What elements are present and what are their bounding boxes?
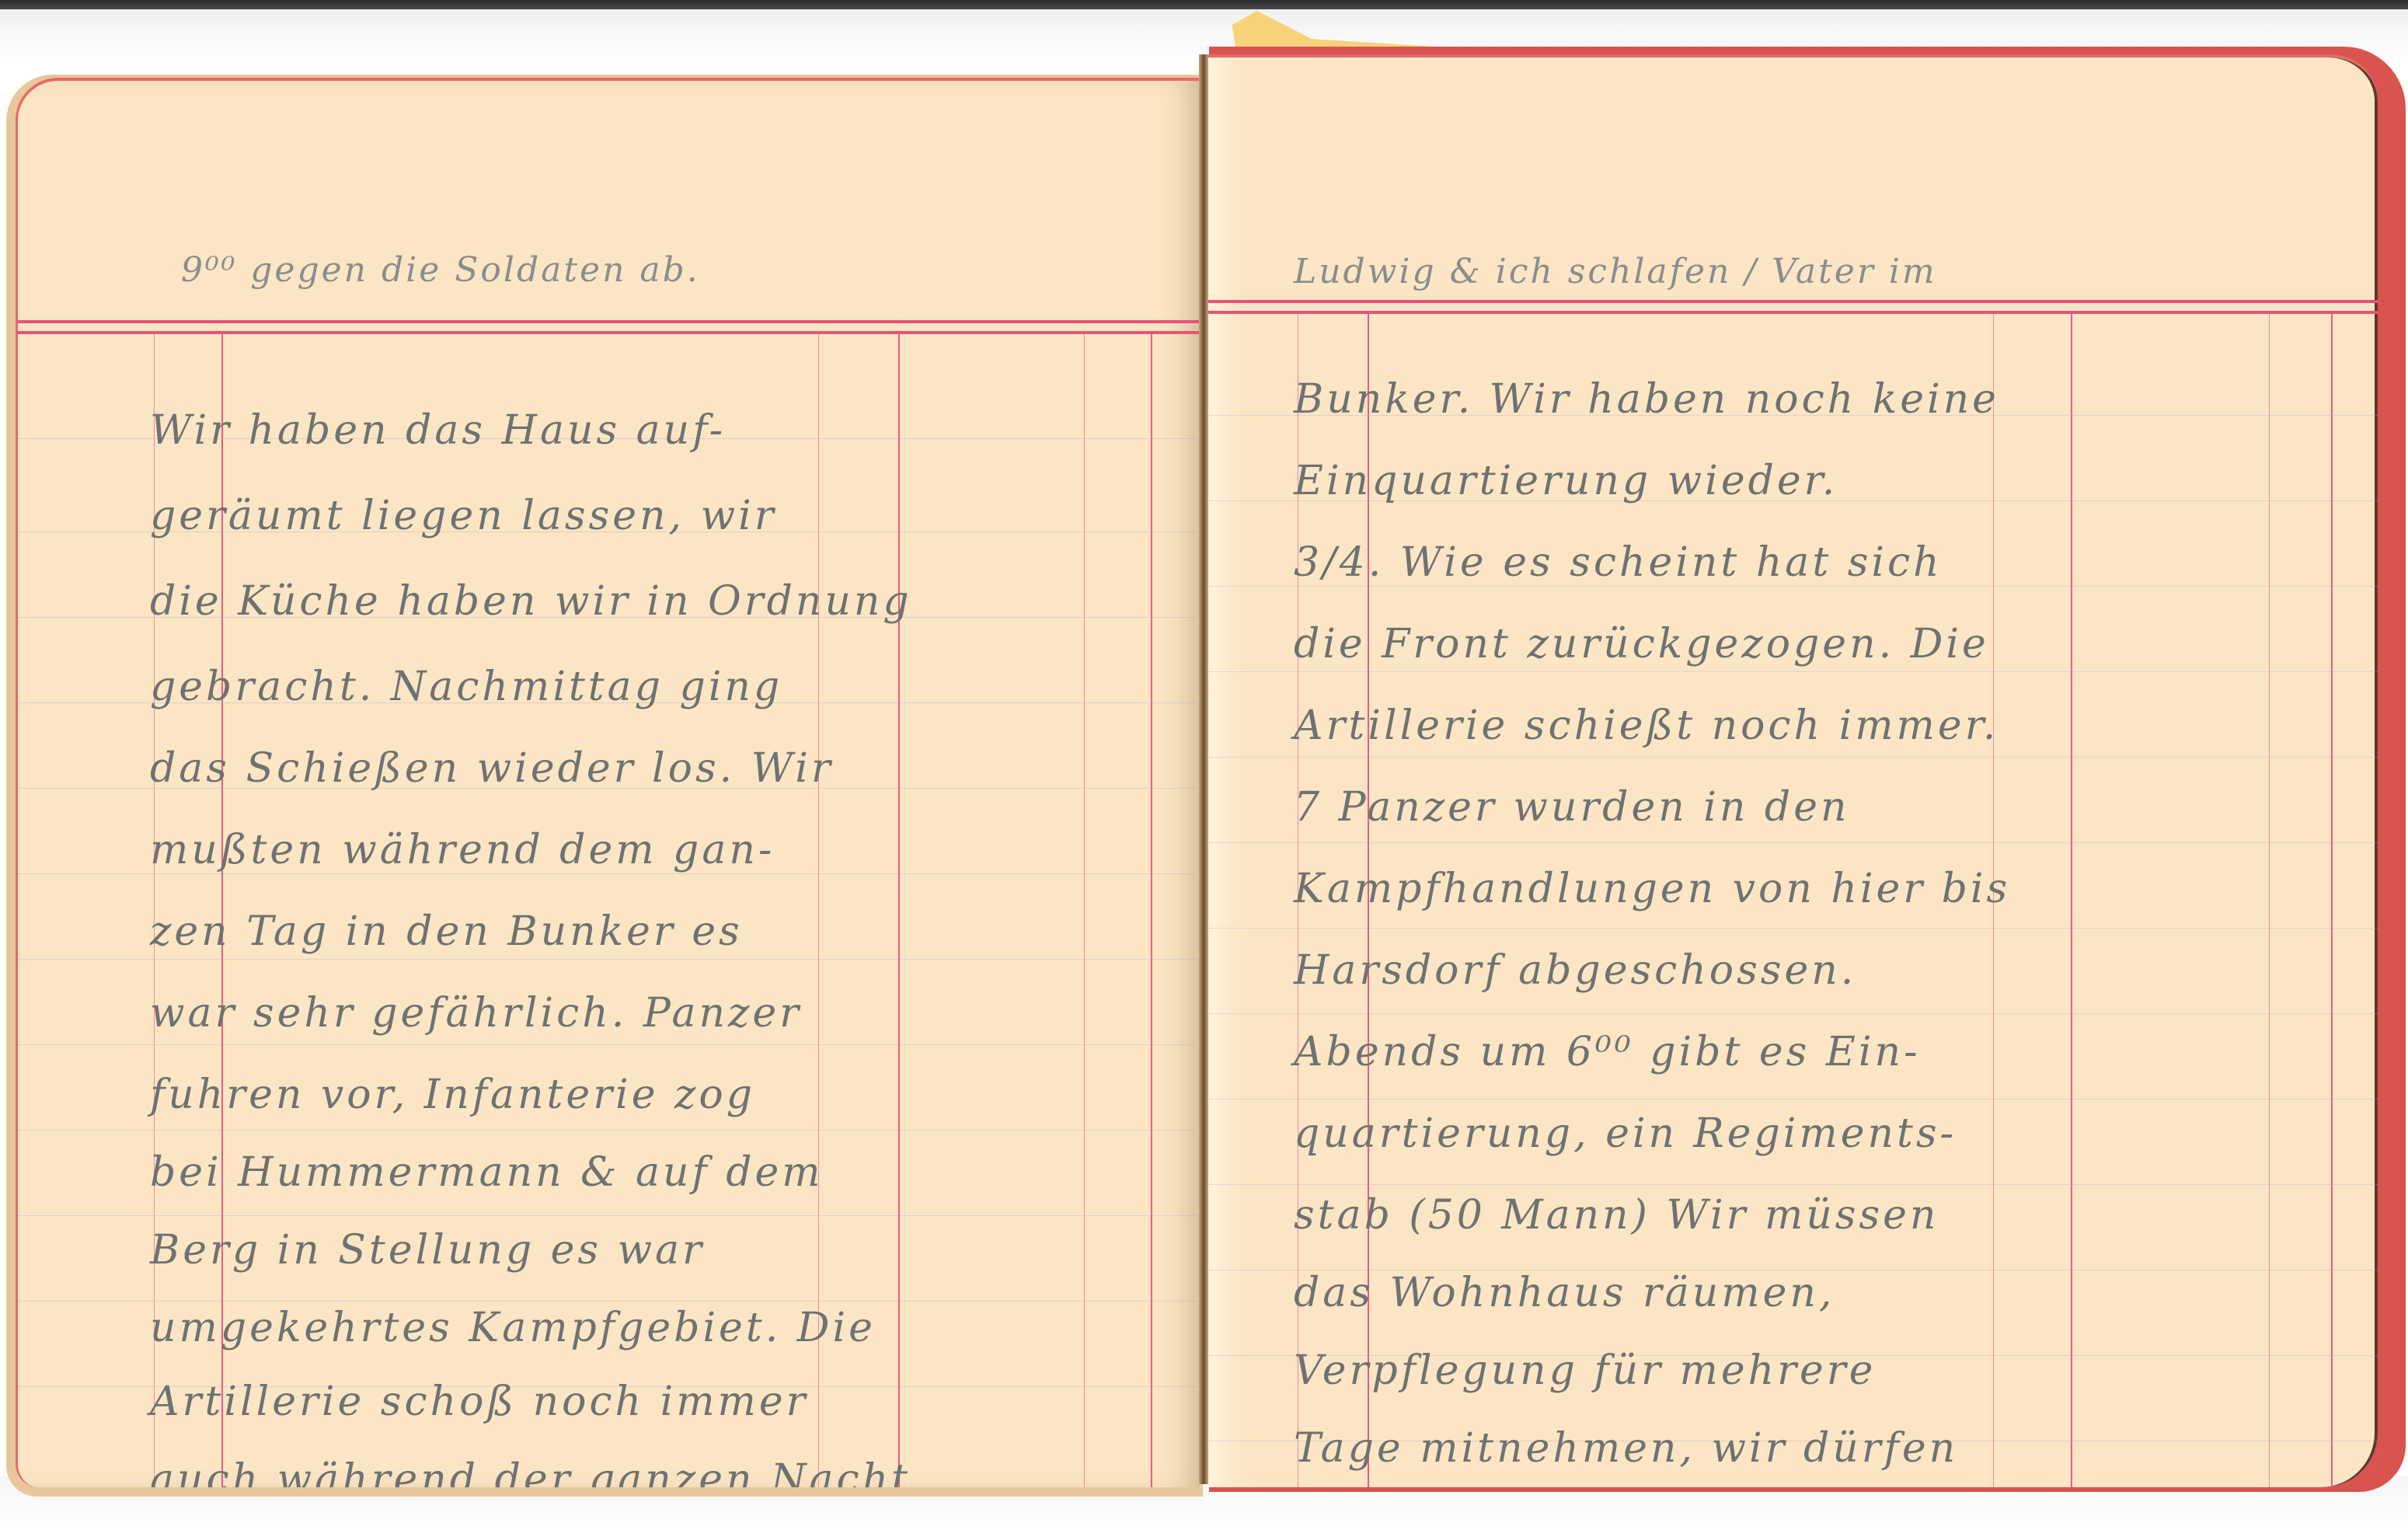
page-header-text: Ludwig & ich schlafen / Vater im <box>1294 252 1937 291</box>
ruled-line <box>1208 671 2378 672</box>
ruled-line <box>18 1301 1199 1302</box>
text-line: Einquartierung wieder. <box>1294 458 1838 504</box>
text-line: auch während der ganzen Nacht. <box>150 1456 927 1487</box>
ruled-line <box>1208 1099 2378 1100</box>
column-line <box>2331 314 2333 1487</box>
text-line: das Schießen wieder los. Wir <box>150 745 834 792</box>
text-line: mußten während dem gan- <box>150 827 775 873</box>
ruled-line <box>18 1215 1199 1216</box>
ruled-line <box>18 873 1199 874</box>
ruled-line <box>18 1044 1199 1045</box>
book-spine <box>1199 54 1208 1484</box>
column-line <box>2071 314 2072 1487</box>
header-rule-top <box>18 320 1199 323</box>
text-line: bei Hummermann & auf dem <box>150 1149 824 1196</box>
text-line: Kampfhandlungen von hier bis <box>1294 866 2010 912</box>
text-line: 3/4. Wie es scheint hat sich <box>1294 539 1943 586</box>
text-line: geräumt liegen lassen, wir <box>150 493 777 539</box>
ruled-line <box>18 959 1199 960</box>
text-line: zen Tag in den Bunker es <box>150 908 743 955</box>
ruled-line <box>18 1130 1199 1131</box>
text-line: Artillerie schoß noch immer <box>150 1378 808 1425</box>
ruled-line <box>1208 1184 2378 1185</box>
text-line: war sehr gefährlich. Panzer <box>150 990 802 1037</box>
ruled-line <box>1208 757 2378 758</box>
ruled-line <box>1208 842 2378 843</box>
text-line: Tage mitnehmen, wir dürfen <box>1294 1425 1958 1472</box>
text-line: Wir haben das Haus auf- <box>150 407 726 454</box>
text-line: gebracht. Nachmittag ging <box>150 664 782 710</box>
text-line: fuhren vor, Infanterie zog <box>150 1072 755 1118</box>
header-rule-bottom <box>1208 311 2378 314</box>
column-line <box>898 334 900 1487</box>
text-line: Artillerie schießt noch immer. <box>1294 702 1999 749</box>
text-line: umgekehrtes Kampfgebiet. Die <box>150 1305 876 1351</box>
text-line: das Wohnhaus räumen, <box>1294 1270 1835 1316</box>
left-page: 9⁰⁰ gegen die Soldaten ab. Wir haben das… <box>16 78 1199 1487</box>
scanner-top-edge <box>0 0 2408 9</box>
text-line: die Front zurückgezogen. Die <box>1294 621 1989 667</box>
column-line <box>1084 334 1085 1487</box>
text-line: Abends um 6⁰⁰ gibt es Ein- <box>1294 1029 1921 1075</box>
text-line: Bunker. Wir haben noch keine <box>1294 376 1999 423</box>
column-line <box>1151 334 1152 1487</box>
header-rule-bottom <box>18 331 1199 334</box>
ruled-line <box>1208 1013 2378 1014</box>
column-line <box>2269 314 2270 1487</box>
ruled-line <box>1208 586 2378 587</box>
text-line: Verpflegung für mehrere <box>1294 1347 1876 1394</box>
text-line: stab (50 Mann) Wir müssen <box>1294 1192 1939 1239</box>
page-header-text: 9⁰⁰ gegen die Soldaten ab. <box>181 250 700 290</box>
right-page: Ludwig & ich schlafen / Vater im Bunker.… <box>1208 54 2378 1487</box>
text-line: Harsdorf abgeschossen. <box>1294 947 1856 994</box>
header-rule-top <box>1208 300 2378 303</box>
text-line: Berg in Stellung es war <box>150 1227 705 1274</box>
text-line: die Küche haben wir in Ordnung <box>150 578 912 625</box>
text-line: 7 Panzer wurden in den <box>1294 784 1849 831</box>
text-line: quartierung, ein Regiments- <box>1294 1110 1957 1157</box>
ruled-line <box>1208 928 2378 929</box>
